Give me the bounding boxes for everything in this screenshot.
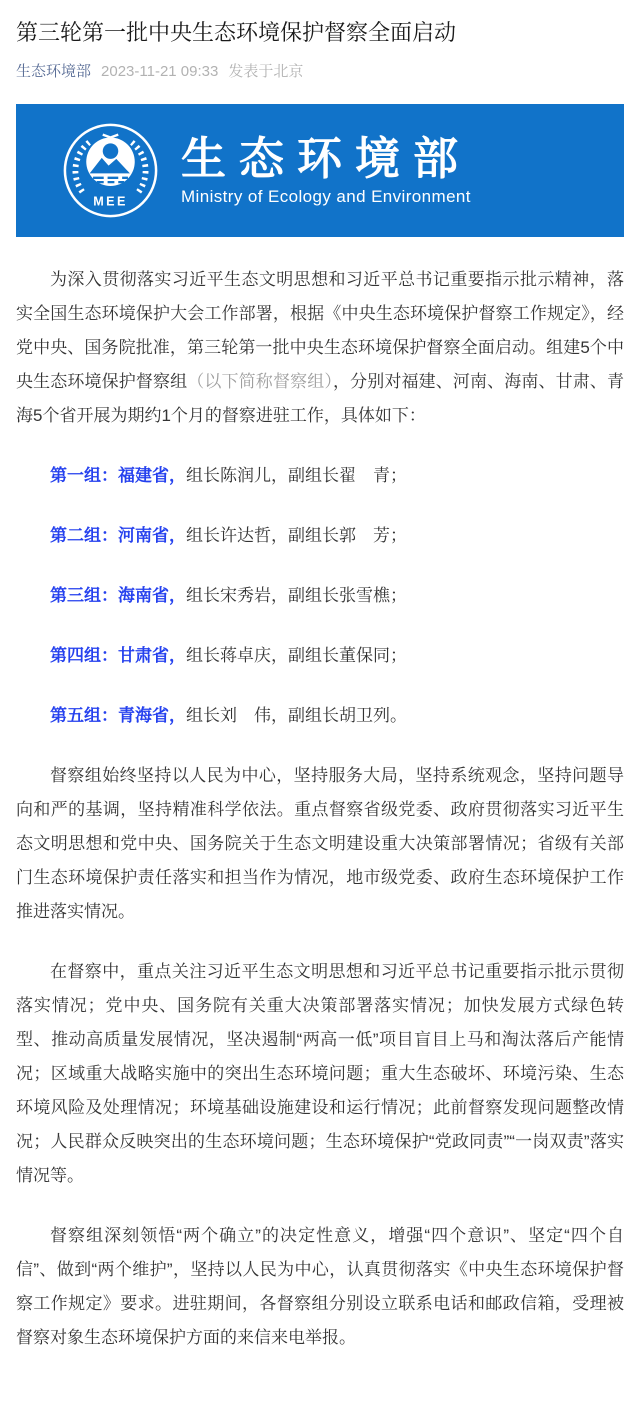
group-label-3: 第三组：海南省， xyxy=(50,586,186,605)
group-row-2: 第二组：河南省，组长许达哲，副组长郭 芳； xyxy=(16,519,624,553)
mee-logo-icon: MEE xyxy=(62,122,159,219)
paragraph-intro: 为深入贯彻落实习近平生态文明思想和习近平总书记重要指示批示精神，落实全国生态环境… xyxy=(16,263,624,433)
group-label-5: 第五组：青海省， xyxy=(50,706,186,725)
banner-text: 生态环境部 Ministry of Ecology and Environmen… xyxy=(181,134,471,207)
intro-text-muted: （以下简称督察组） xyxy=(187,372,333,391)
byline: 生态环境部2023-11-21 09:33发表于北京 xyxy=(16,61,624,82)
group-detail-3: 组长宋秀岩，副组长张雪樵； xyxy=(186,586,407,605)
group-row-5: 第五组：青海省，组长刘 伟，副组长胡卫列。 xyxy=(16,699,624,733)
publish-date: 2023-11-21 09:33 xyxy=(101,63,218,80)
banner-org-name-en: Ministry of Ecology and Environment xyxy=(181,187,471,207)
group-row-4: 第四组：甘肃省，组长蒋卓庆，副组长董保同； xyxy=(16,639,624,673)
group-label-2: 第二组：河南省， xyxy=(50,526,186,545)
paragraph-closing: 督察组深刻领悟“两个确立”的决定性意义，增强“四个意识”、坚定“四个自信”、做到… xyxy=(16,1219,624,1355)
paragraph-principles: 督察组始终坚持以人民为中心，坚持服务大局，坚持系统观念，坚持问题导向和严的基调，… xyxy=(16,759,624,929)
group-detail-2: 组长许达哲，副组长郭 芳； xyxy=(186,526,407,545)
article-body: 为深入贯彻落实习近平生态文明思想和习近平总书记重要指示批示精神，落实全国生态环境… xyxy=(16,263,624,1355)
group-row-3: 第三组：海南省，组长宋秀岩，副组长张雪樵； xyxy=(16,579,624,613)
group-detail-5: 组长刘 伟，副组长胡卫列。 xyxy=(186,706,407,725)
group-row-1: 第一组：福建省，组长陈润儿，副组长翟 青； xyxy=(16,459,624,493)
account-link[interactable]: 生态环境部 xyxy=(16,63,91,80)
group-detail-4: 组长蒋卓庆，副组长董保同； xyxy=(186,646,407,665)
group-detail-1: 组长陈润儿，副组长翟 青； xyxy=(186,466,407,485)
page-title: 第三轮第一批中央生态环境保护督察全面启动 xyxy=(16,18,624,49)
article-page: 第三轮第一批中央生态环境保护督察全面启动 生态环境部2023-11-21 09:… xyxy=(0,0,640,1411)
publish-location: 发表于北京 xyxy=(228,63,303,80)
paragraph-focus-areas: 在督察中，重点关注习近平生态文明思想和习近平总书记重要指示批示贯彻落实情况；党中… xyxy=(16,955,624,1193)
group-label-1: 第一组：福建省， xyxy=(50,466,186,485)
group-label-4: 第四组：甘肃省， xyxy=(50,646,186,665)
banner-org-name-cn: 生态环境部 xyxy=(181,134,471,184)
mee-logo-text: MEE xyxy=(93,194,128,208)
mee-banner: MEE 生态环境部 Ministry of Ecology and Enviro… xyxy=(16,104,624,237)
